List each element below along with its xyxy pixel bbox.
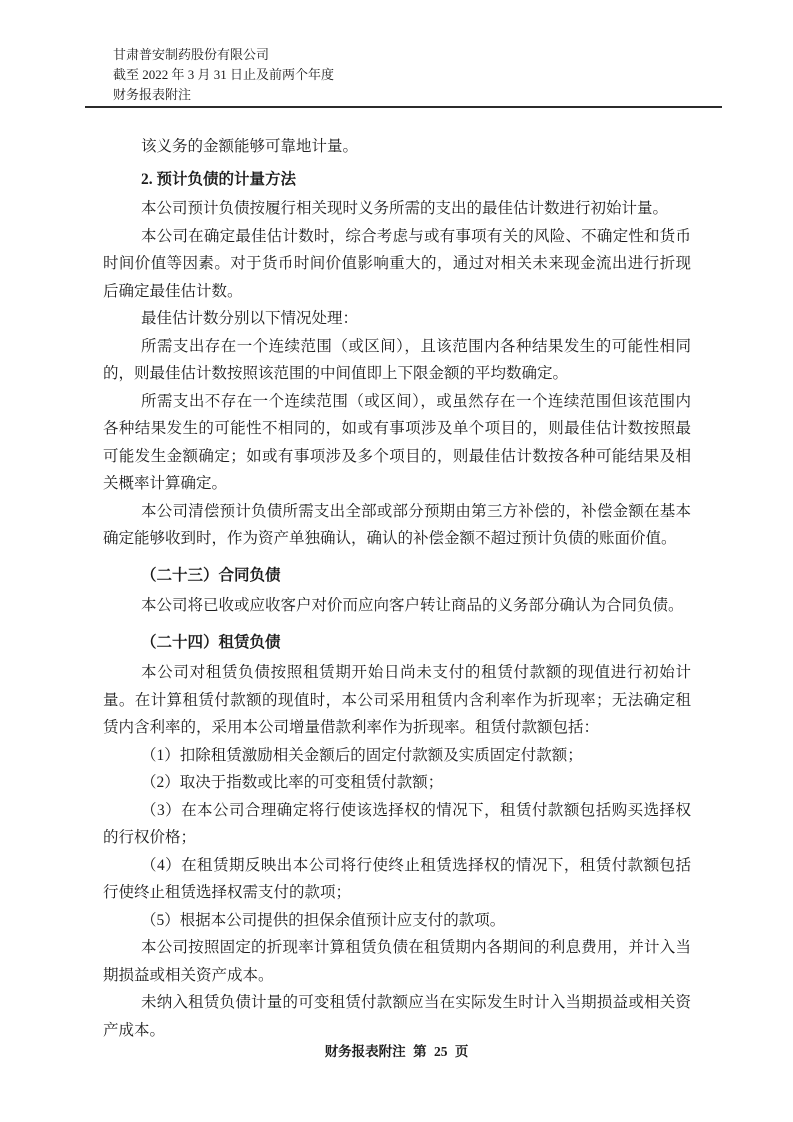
footer-page-number: 25	[434, 1044, 448, 1059]
section-heading: 2. 预计负债的计量方法	[103, 166, 691, 194]
document-title: 财务报表附注	[113, 85, 334, 105]
document-body: 该义务的金额能够可靠地计量。2. 预计负债的计量方法本公司预计负债按履行相关现时…	[103, 133, 691, 1044]
paragraph: 本公司将已收或应收客户对价而应向客户转让商品的义务部分确认为合同负债。	[103, 592, 691, 620]
paragraph: （4）在租赁期反映出本公司将行使终止租赁选择权的情况下，租赁付款额包括行使终止租…	[103, 852, 691, 907]
page-footer: 财务报表附注 第 25 页	[0, 1040, 793, 1060]
section-heading: （二十三）合同负债	[103, 562, 691, 590]
company-name: 甘肃普安制药股份有限公司	[113, 45, 334, 65]
header-divider	[85, 106, 722, 108]
paragraph: 所需支出存在一个连续范围（或区间），且该范围内各种结果发生的可能性相同的，则最佳…	[103, 333, 691, 388]
document-page: 甘肃普安制药股份有限公司 截至 2022 年 3 月 31 日止及前两个年度 财…	[0, 0, 793, 1122]
paragraph: 未纳入租赁负债计量的可变租赁付款额应当在实际发生时计入当期损益或相关资产成本。	[103, 989, 691, 1044]
paragraph: 本公司预计负债按履行相关现时义务所需的支出的最佳估计数进行初始计量。	[103, 195, 691, 223]
footer-label: 财务报表附注	[325, 1044, 406, 1059]
paragraph: 本公司在确定最佳估计数时，综合考虑与或有事项有关的风险、不确定性和货币时间价值等…	[103, 223, 691, 306]
paragraph: 本公司清偿预计负债所需支出全部或部分预期由第三方补偿的，补偿金额在基本确定能够收…	[103, 498, 691, 553]
paragraph: （1）扣除租赁激励相关金额后的固定付款额及实质固定付款额；	[103, 742, 691, 770]
report-period: 截至 2022 年 3 月 31 日止及前两个年度	[113, 65, 334, 85]
paragraph: 该义务的金额能够可靠地计量。	[103, 133, 691, 161]
paragraph: （2）取决于指数或比率的可变租赁付款额；	[103, 769, 691, 797]
paragraph: 所需支出不存在一个连续范围（或区间），或虽然存在一个连续范围但该范围内各种结果发…	[103, 388, 691, 498]
footer-page-prefix: 第	[413, 1044, 427, 1059]
paragraph: （3）在本公司合理确定将行使该选择权的情况下，租赁付款额包括购买选择权的行权价格…	[103, 797, 691, 852]
section-heading: （二十四）租赁负债	[103, 629, 691, 657]
paragraph: （5）根据本公司提供的担保余值预计应支付的款项。	[103, 907, 691, 935]
footer-page-suffix: 页	[455, 1044, 469, 1059]
paragraph: 最佳估计数分别以下情况处理：	[103, 305, 691, 333]
paragraph: 本公司按照固定的折现率计算租赁负债在租赁期内各期间的利息费用，并计入当期损益或相…	[103, 934, 691, 989]
document-header: 甘肃普安制药股份有限公司 截至 2022 年 3 月 31 日止及前两个年度 财…	[113, 45, 334, 105]
paragraph: 本公司对租赁负债按照租赁期开始日尚未支付的租赁付款额的现值进行初始计量。在计算租…	[103, 659, 691, 742]
